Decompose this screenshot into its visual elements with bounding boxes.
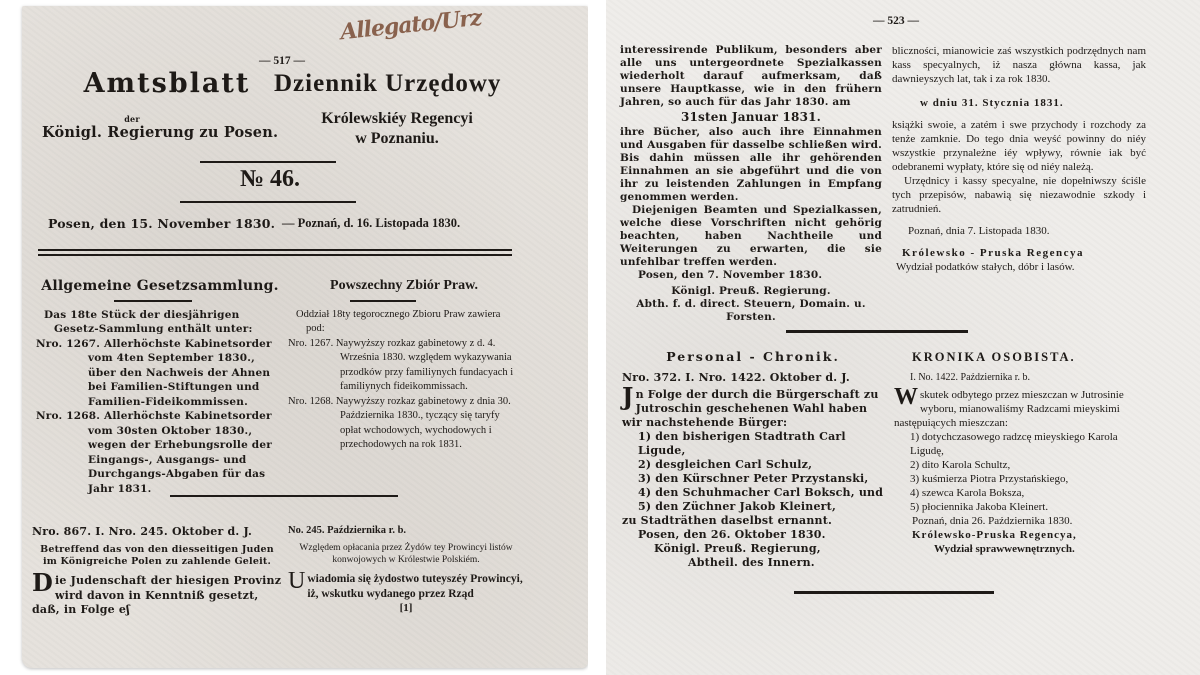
chronicle-header: Nro. 372. I. Nro. 1422. Oktober d. J. <box>622 371 884 385</box>
handwritten-note: Allegato/Urz <box>339 6 483 45</box>
notice-header: Nro. 867. I. Nro. 245. Oktober d. J. <box>32 525 282 538</box>
notice-body: Uwiadomia się żydostwo tuteyszéy Prowinc… <box>288 572 524 601</box>
list-item: 2) dito Karola Schultz, <box>910 458 1148 472</box>
authority-department: Wydział sprawwewnętrznych. <box>894 542 1148 556</box>
list-item: 2) desgleichen Carl Schulz, <box>638 458 884 472</box>
chronicle-intro: Jn Folge der durch die Bürgerschaft zu J… <box>622 388 884 430</box>
appointee-list: 1) den bisherigen Stadtrath Carl Ligude,… <box>622 430 884 514</box>
section-divider <box>170 495 398 497</box>
list-item: 1) den bisherigen Stadtrath Carl Ligude, <box>638 430 884 458</box>
place-date: Posen, den 7. November 1830. <box>620 269 882 282</box>
paragraph: książki swoie, a zatém i swe przychody i… <box>892 118 1146 174</box>
chronicle-intro: Wskutek odbytego przez mieszczan w Jutro… <box>894 388 1148 430</box>
date-line: 31sten Januar 1831. <box>620 111 882 124</box>
polish-personal-chronicle: KRONIKA OSOBISTA. I. No. 1422. Październ… <box>894 350 1148 556</box>
double-rule-upper <box>38 249 512 251</box>
german-notice-continuation: interessirende Publikum, besonders aber … <box>620 44 882 324</box>
list-item: 3) den Kürschner Peter Przystanski, <box>638 472 884 486</box>
authority: Königl. Preuß. Regierung. <box>620 285 882 298</box>
place-date: Poznań, dnia 7. Listopada 1830. <box>892 224 1146 238</box>
place-date: Posen, den 26. Oktober 1830. <box>622 528 884 542</box>
german-masthead-der: der <box>112 114 152 124</box>
section-intro: Oddział 18ty tegorocznego Zbioru Praw za… <box>288 308 520 337</box>
left-newspaper-page: Allegato/Urz — 517 — Amtsblatt der König… <box>22 6 588 668</box>
section-heading: KRONIKA OSOBISTA. <box>894 350 1148 364</box>
authority: Królewsko-Pruska Regencya, <box>894 528 1148 542</box>
closing-line: zu Stadträthen daselbst ernannt. <box>622 514 884 528</box>
list-item: 4) szewca Karola Boksza, <box>910 486 1148 500</box>
page-number: — 523 — <box>816 14 976 29</box>
double-rule-lower <box>38 254 512 256</box>
drop-cap: W <box>894 388 918 406</box>
list-item: 1) dotychczasowego radzcę mieyskiego Kar… <box>910 430 1148 458</box>
notice-header: No. 245. Października r. b. <box>288 525 524 536</box>
law-entry-1267: Nro. 1267. Allerhöchste Kabinetsorder vo… <box>36 337 284 410</box>
paragraph: bliczności, mianowicie zaś wszystkich po… <box>892 44 1146 86</box>
notice-subject: Betreffend das von den diesseitigen Jude… <box>32 544 282 568</box>
polish-masthead-location: w Poznaniu. <box>282 130 512 148</box>
polish-masthead-subtitle: Królewskiéy Regencyi <box>282 110 512 128</box>
polish-masthead-title: Dziennik Urzędowy <box>274 70 574 98</box>
authority-department: Abtheil. des Innern. <box>622 556 884 570</box>
right-newspaper-page: — 523 — interessirende Publikum, besonde… <box>606 0 1200 675</box>
chronicle-header: I. No. 1422. Października r. b. <box>894 371 1148 385</box>
authority-department: Abth. f. d. direct. Steuern, Domain. u. … <box>620 298 882 324</box>
law-entry-1268: Nro. 1268. Allerhöchste Kabinetsorder vo… <box>36 409 284 496</box>
section-heading: Allgemeine Gesetzsammlung. <box>36 278 284 294</box>
date-polish: — Poznań, d. 16. Listopada 1830. <box>282 216 460 231</box>
drop-cap: D <box>32 574 53 592</box>
paragraph: ihre Bücher, also auch ihre Einnahmen un… <box>620 126 882 204</box>
notice-subject: Względem opłacania przez Żydów tey Prowi… <box>288 542 524 566</box>
date-line: w dniu 31. Stycznia 1831. <box>892 96 1146 110</box>
issue-number: № 46. <box>200 166 340 193</box>
appointee-list: 1) dotychczasowego radzcę mieyskiego Kar… <box>894 430 1148 514</box>
polish-law-section: Powszechny Zbiór Praw. Oddział 18ty tego… <box>288 278 520 453</box>
section-heading: Powszechny Zbiór Praw. <box>288 278 520 294</box>
authority: Królewsko - Pruska Regencya <box>892 246 1146 260</box>
entry-number: Nro. 1267. <box>288 338 333 349</box>
list-item: 5) płociennika Jakoba Kleinert. <box>910 500 1148 514</box>
page-number: — 517 — <box>222 54 342 69</box>
german-masthead-title: Amtsblatt <box>62 68 272 99</box>
german-personal-chronicle: Personal - Chronik. Nro. 372. I. Nro. 14… <box>622 350 884 570</box>
masthead-rule-bottom <box>180 201 356 203</box>
section-divider-upper <box>786 330 968 333</box>
polish-notice: No. 245. Października r. b. Względem opł… <box>288 525 524 614</box>
paragraph: interessirende Publikum, besonders aber … <box>620 44 882 109</box>
entry-text: Allerhöchste Kabinetsorder vom 30sten Ok… <box>88 410 272 495</box>
drop-cap: J <box>622 388 634 406</box>
law-entry-1268: Nro. 1268. Naywyższy rozkaz gabinetowy z… <box>288 395 520 453</box>
law-entry-1267: Nro. 1267. Naywyższy rozkaz gabinetowy z… <box>288 337 520 395</box>
place-date: Poznań, dnia 26. Października 1830. <box>894 514 1148 528</box>
list-item: 3) kuśmierza Piotra Przystańskiego, <box>910 472 1148 486</box>
entry-number: Nro. 1267. <box>36 338 100 350</box>
authority: Königl. Preuß. Regierung, <box>622 542 884 556</box>
section-intro: Das 18te Stück der diesjährigen Gesetz-S… <box>36 308 284 337</box>
notice-body: Die Judenschaft der hiesigen Provinz wir… <box>32 574 282 618</box>
date-german: Posen, den 15. November 1830. <box>48 216 275 231</box>
entry-text: Naywyższy rozkaz gabinetowy z dnia 30. P… <box>336 396 511 451</box>
page-gap <box>588 0 606 675</box>
section-divider-lower <box>794 591 994 594</box>
authority-department: Wydział podatków stałych, dóbr i lasów. <box>892 260 1146 274</box>
list-item: 4) den Schuhmacher Carl Boksch, und <box>638 486 884 500</box>
entry-number: Nro. 1268. <box>36 410 100 422</box>
entry-text: Naywyższy rozkaz gabinetowy z d. 4. Wrze… <box>336 338 513 393</box>
masthead-rule-top <box>200 161 336 163</box>
german-notice: Nro. 867. I. Nro. 245. Oktober d. J. Bet… <box>32 525 282 618</box>
german-masthead-subtitle: Königl. Regierung zu Posen. <box>42 124 312 141</box>
drop-cap: U <box>288 572 305 590</box>
sheet-signature-mark: [1] <box>288 602 524 614</box>
german-law-section: Allgemeine Gesetzsammlung. Das 18te Stüc… <box>36 278 284 496</box>
polish-notice-continuation: bliczności, mianowicie zaś wszystkich po… <box>892 44 1146 274</box>
entry-text: Allerhöchste Kabinetsorder vom 4ten Sept… <box>88 338 272 408</box>
section-heading: Personal - Chronik. <box>622 350 884 364</box>
entry-number: Nro. 1268. <box>288 396 333 407</box>
list-item: 5) den Züchner Jakob Kleinert, <box>638 500 884 514</box>
paragraph: Urzędnicy i kassy specyalne, nie dopełni… <box>892 174 1146 216</box>
paragraph: Diejenigen Beamten und Spezialkassen, we… <box>620 204 882 269</box>
